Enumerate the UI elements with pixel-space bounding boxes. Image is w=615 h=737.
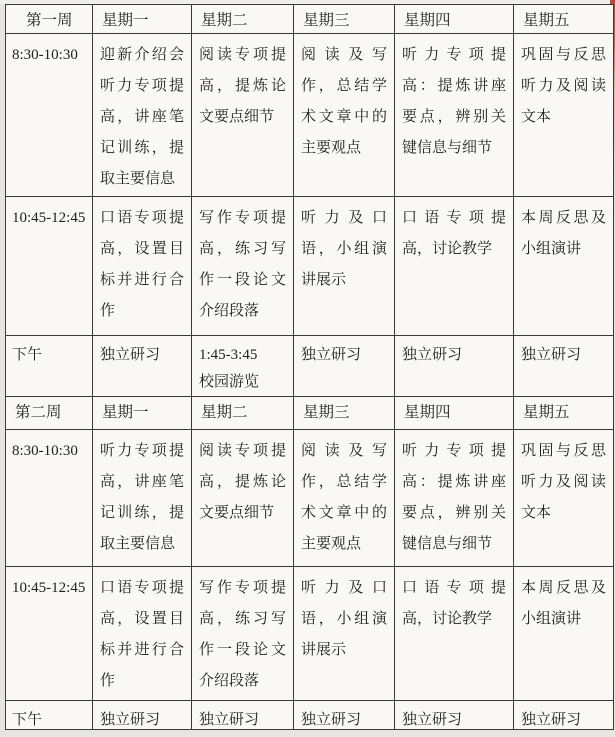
w1-midday-tuesday: 写作专项提高，练习写作一段论文介绍段落 <box>192 197 293 334</box>
schedule-table: 第一周 星期一 星期二 星期三 星期四 星期五 8:30-10:30 迎新介绍会… <box>5 4 614 730</box>
w2-midday-wednesday: 听力及口语，小组演讲展示 <box>294 567 394 699</box>
w1-midday-wednesday: 听力及口语，小组演讲展示 <box>294 197 394 334</box>
w2-morning-monday: 听力专项提高，讲座笔记训练，提取主要信息 <box>93 430 191 565</box>
w2-afternoon-friday: 独立研习 <box>514 701 613 728</box>
row-week1-morning: 8:30-10:30 迎新介绍会听力专项提高，讲座笔记训练，提取主要信息 阅读专… <box>6 34 614 197</box>
w2-afternoon-tuesday: 独立研习 <box>192 701 293 728</box>
w2-tuesday-header: 星期二 <box>192 397 293 428</box>
w2-morning-time: 8:30-10:30 <box>6 430 92 565</box>
row-week1-afternoon: 下午 独立研习 1:45-3:45 校园游览 独立研习 独立研习 独立研习 <box>6 336 614 397</box>
w1-morning-thursday: 听力专项提高：提炼讲座要点，辨别关键信息与细节 <box>395 34 513 195</box>
w1-midday-thursday: 口语专项提高，讨论教学 <box>395 197 513 334</box>
row-week1-midday: 10:45-12:45 口语专项提高，设置目标并进行合作 写作专项提高，练习写作… <box>6 197 614 336</box>
w1-afternoon-label: 下午 <box>6 336 92 395</box>
w1-afternoon-wednesday: 独立研习 <box>294 336 394 395</box>
w2-midday-monday: 口语专项提高，设置目标并进行合作 <box>93 567 191 699</box>
w1-morning-monday: 迎新介绍会听力专项提高，讲座笔记训练，提取主要信息 <box>93 34 191 195</box>
w2-midday-friday: 本周反思及小组演讲 <box>514 567 613 699</box>
w1-midday-time: 10:45-12:45 <box>6 197 92 334</box>
w2-morning-thursday: 听力专项提高：提炼讲座要点，辨别关键信息与细节 <box>395 430 513 565</box>
w2-thursday-header: 星期四 <box>395 397 513 428</box>
w1-tuesday-header: 星期二 <box>192 5 293 32</box>
w2-morning-wednesday: 阅读及写作，总结学术文章中的主要观点 <box>294 430 394 565</box>
w2-midday-time: 10:45-12:45 <box>6 567 92 699</box>
w1-midday-monday: 口语专项提高，设置目标并进行合作 <box>93 197 191 334</box>
w2-midday-thursday: 口语专项提高，讨论教学 <box>395 567 513 699</box>
w1-afternoon-thursday: 独立研习 <box>395 336 513 395</box>
w1-morning-time: 8:30-10:30 <box>6 34 92 195</box>
w2-afternoon-monday: 独立研习 <box>93 701 191 728</box>
row-week2-midday: 10:45-12:45 口语专项提高，设置目标并进行合作 写作专项提高，练习写作… <box>6 567 614 701</box>
w1-morning-tuesday: 阅读专项提高，提炼论文要点细节 <box>192 34 293 195</box>
header-row-week2: 第二周 星期一 星期二 星期三 星期四 星期五 <box>6 397 614 430</box>
w1-afternoon-monday: 独立研习 <box>93 336 191 395</box>
w1-morning-friday: 巩固与反思听力及阅读文本 <box>514 34 613 195</box>
week1-label: 第一周 <box>6 5 92 32</box>
w1-afternoon-tuesday: 1:45-3:45 校园游览 <box>192 336 293 395</box>
w2-afternoon-wednesday: 独立研习 <box>294 701 394 728</box>
w1-wednesday-header: 星期三 <box>294 5 394 32</box>
week2-label: 第二周 <box>6 397 92 428</box>
w2-afternoon-label: 下午 <box>6 701 92 728</box>
w1-monday-header: 星期一 <box>93 5 191 32</box>
w1-friday-header: 星期五 <box>514 5 613 32</box>
header-row-week1: 第一周 星期一 星期二 星期三 星期四 星期五 <box>6 5 614 34</box>
w2-afternoon-thursday: 独立研习 <box>395 701 513 728</box>
w2-morning-friday: 巩固与反思听力及阅读文本 <box>514 430 613 565</box>
scanned-schedule-page: { "colors": { "page_background": "#e7e4e… <box>0 0 615 737</box>
w1-afternoon-friday: 独立研习 <box>514 336 613 395</box>
w1-morning-wednesday: 阅读及写作，总结学术文章中的主要观点 <box>294 34 394 195</box>
w2-morning-tuesday: 阅读专项提高，提炼论文要点细节 <box>192 430 293 565</box>
row-week2-morning: 8:30-10:30 听力专项提高，讲座笔记训练，提取主要信息 阅读专项提高，提… <box>6 430 614 567</box>
w2-friday-header: 星期五 <box>514 397 613 428</box>
w1-thursday-header: 星期四 <box>395 5 513 32</box>
w2-wednesday-header: 星期三 <box>294 397 394 428</box>
w2-monday-header: 星期一 <box>93 397 191 428</box>
w2-midday-tuesday: 写作专项提高，练习写作一段论文介绍段落 <box>192 567 293 699</box>
row-week2-afternoon: 下午 独立研习 独立研习 独立研习 独立研习 独立研习 <box>6 701 614 730</box>
w1-midday-friday: 本周反思及小组演讲 <box>514 197 613 334</box>
